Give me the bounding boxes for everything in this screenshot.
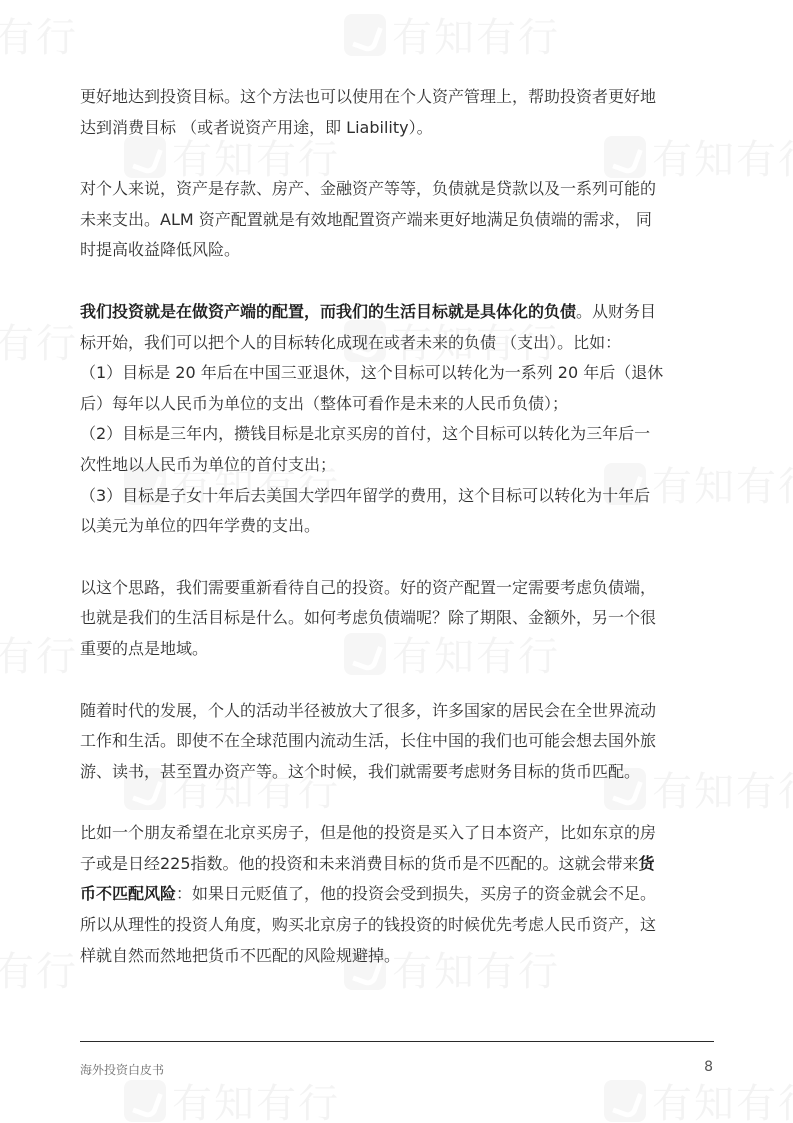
text-line: 对个人来说，资产是存款、房产、金融资产等等，负债就是贷款以及一系列可能的	[80, 174, 714, 205]
text-run: 子或是日经225指数。他的投资和未来消费目标的货币是不匹配的。这就会带来	[80, 854, 639, 873]
list-item-goal-3-cont: 以美元为单位的四年学费的支出。	[80, 511, 714, 542]
text-line: 子或是日经225指数。他的投资和未来消费目标的货币是不匹配的。这就会带来货	[80, 849, 714, 880]
paragraph-liability-region: 以这个思路，我们需要重新看待自己的投资。好的资产配置一定需要考虑负债端， 也就是…	[80, 573, 714, 665]
paragraph-currency-matching: 随着时代的发展，个人的活动半径被放大了很多，许多国家的居民会在全世界流动 工作和…	[80, 696, 714, 788]
footer-divider	[80, 1041, 714, 1042]
text-line: 比如一个朋友希望在北京买房子，但是他的投资是买入了日本资产，比如东京的房	[80, 818, 714, 849]
list-item-goal-2-cont: 次性地以人民币为单位的首付支出；	[80, 450, 714, 481]
watermark: 有知有行	[344, 6, 560, 63]
watermark: 有行	[0, 625, 78, 682]
watermark: 有行	[0, 312, 78, 369]
text-run: ：如果日元贬值了，他的投资会受到损失，买房子的资金就会不足。	[176, 884, 656, 903]
list-item-goal-3: （3）目标是子女十年后去美国大学四年留学的费用，这个目标可以转化为十年后	[80, 481, 714, 512]
paragraph-alm-intro: 更好地达到投资目标。这个方法也可以使用在个人资产管理上，帮助投资者更好地 达到消…	[80, 82, 714, 143]
bold-emphasis: 币不匹配风险	[80, 884, 176, 903]
list-item-goal-2: （2）目标是三年内，攒钱目标是北京买房的首付，这个目标可以转化为三年后一	[80, 419, 714, 450]
text-line: 时提高收益降低风险。	[80, 235, 714, 266]
watermark: 有知有行	[124, 1072, 340, 1123]
text-line: 游、读书，甚至置办资产等。这个时候，我们就需要考虑财务目标的货币匹配。	[80, 757, 714, 788]
watermark-text: 有知有行	[172, 1072, 340, 1123]
footer-document-title: 海外投资白皮书	[80, 1061, 164, 1078]
watermark-text: 有知有行	[392, 6, 560, 63]
text-line: 币不匹配风险：如果日元贬值了，他的投资会受到损失，买房子的资金就会不足。	[80, 879, 714, 910]
watermark-logo-icon	[604, 1080, 646, 1122]
watermark: 有行	[0, 940, 78, 997]
watermark-logo-icon	[344, 14, 386, 56]
text-line: 更好地达到投资目标。这个方法也可以使用在个人资产管理上，帮助投资者更好地	[80, 82, 714, 113]
text-line: 随着时代的发展，个人的活动半径被放大了很多，许多国家的居民会在全世界流动	[80, 696, 714, 727]
paragraph-goals-as-liabilities: 我们投资就是在做资产端的配置，而我们的生活目标就是具体化的负债。从财务目 标开始…	[80, 297, 714, 542]
bold-emphasis: 我们投资就是在做资产端的配置，而我们的生活目标就是具体化的负债	[80, 302, 576, 321]
footer-page-number: 8	[704, 1059, 713, 1075]
page-body: 更好地达到投资目标。这个方法也可以使用在个人资产管理上，帮助投资者更好地 达到消…	[80, 82, 714, 1002]
watermark: 有知有行	[604, 1072, 793, 1123]
list-item-goal-1-cont: 后）每年以人民币为单位的支出（整体可看作是未来的人民币负债）；	[80, 389, 714, 420]
text-line: 工作和生活。即使不在全球范围内流动生活，长住中国的我们也可能会想去国外旅	[80, 726, 714, 757]
paragraph-personal-assets: 对个人来说，资产是存款、房产、金融资产等等，负债就是贷款以及一系列可能的 未来支…	[80, 174, 714, 266]
watermark-text: 有行	[0, 625, 78, 682]
watermark-text: 有行	[0, 940, 78, 997]
watermark-text: 有知有行	[652, 1072, 793, 1123]
list-item-goal-1: （1）目标是 20 年后在中国三亚退休，这个目标可以转化为一系列 20 年后（退…	[80, 358, 714, 389]
watermark-logo-icon	[124, 1080, 166, 1122]
text-line: 所以从理性的投资人角度，购买北京房子的钱投资的时候优先考虑人民币资产，这	[80, 910, 714, 941]
bold-emphasis: 货	[639, 854, 655, 873]
text-line: 我们投资就是在做资产端的配置，而我们的生活目标就是具体化的负债。从财务目	[80, 297, 714, 328]
watermark-text: 有行	[0, 6, 78, 63]
text-line: 标开始，我们可以把个人的目标转化成现在或者未来的负债 （支出）。比如：	[80, 328, 714, 359]
text-line: 以这个思路，我们需要重新看待自己的投资。好的资产配置一定需要考虑负债端，	[80, 573, 714, 604]
text-line: 也就是我们的生活目标是什么。如何考虑负债端呢？除了期限、金额外，另一个很	[80, 603, 714, 634]
paragraph-currency-mismatch-example: 比如一个朋友希望在北京买房子，但是他的投资是买入了日本资产，比如东京的房 子或是…	[80, 818, 714, 971]
watermark: 有行	[0, 6, 78, 63]
text-run: 。从财务目	[576, 302, 656, 321]
text-line: 重要的点是地域。	[80, 634, 714, 665]
watermark-text: 有行	[0, 312, 78, 369]
text-line: 样就自然而然地把货币不匹配的风险规避掉。	[80, 941, 714, 972]
text-line: 达到消费目标 （或者说资产用途，即 Liability）。	[80, 113, 714, 144]
text-line: 未来支出。ALM 资产配置就是有效地配置资产端来更好地满足负债端的需求， 同	[80, 205, 714, 236]
